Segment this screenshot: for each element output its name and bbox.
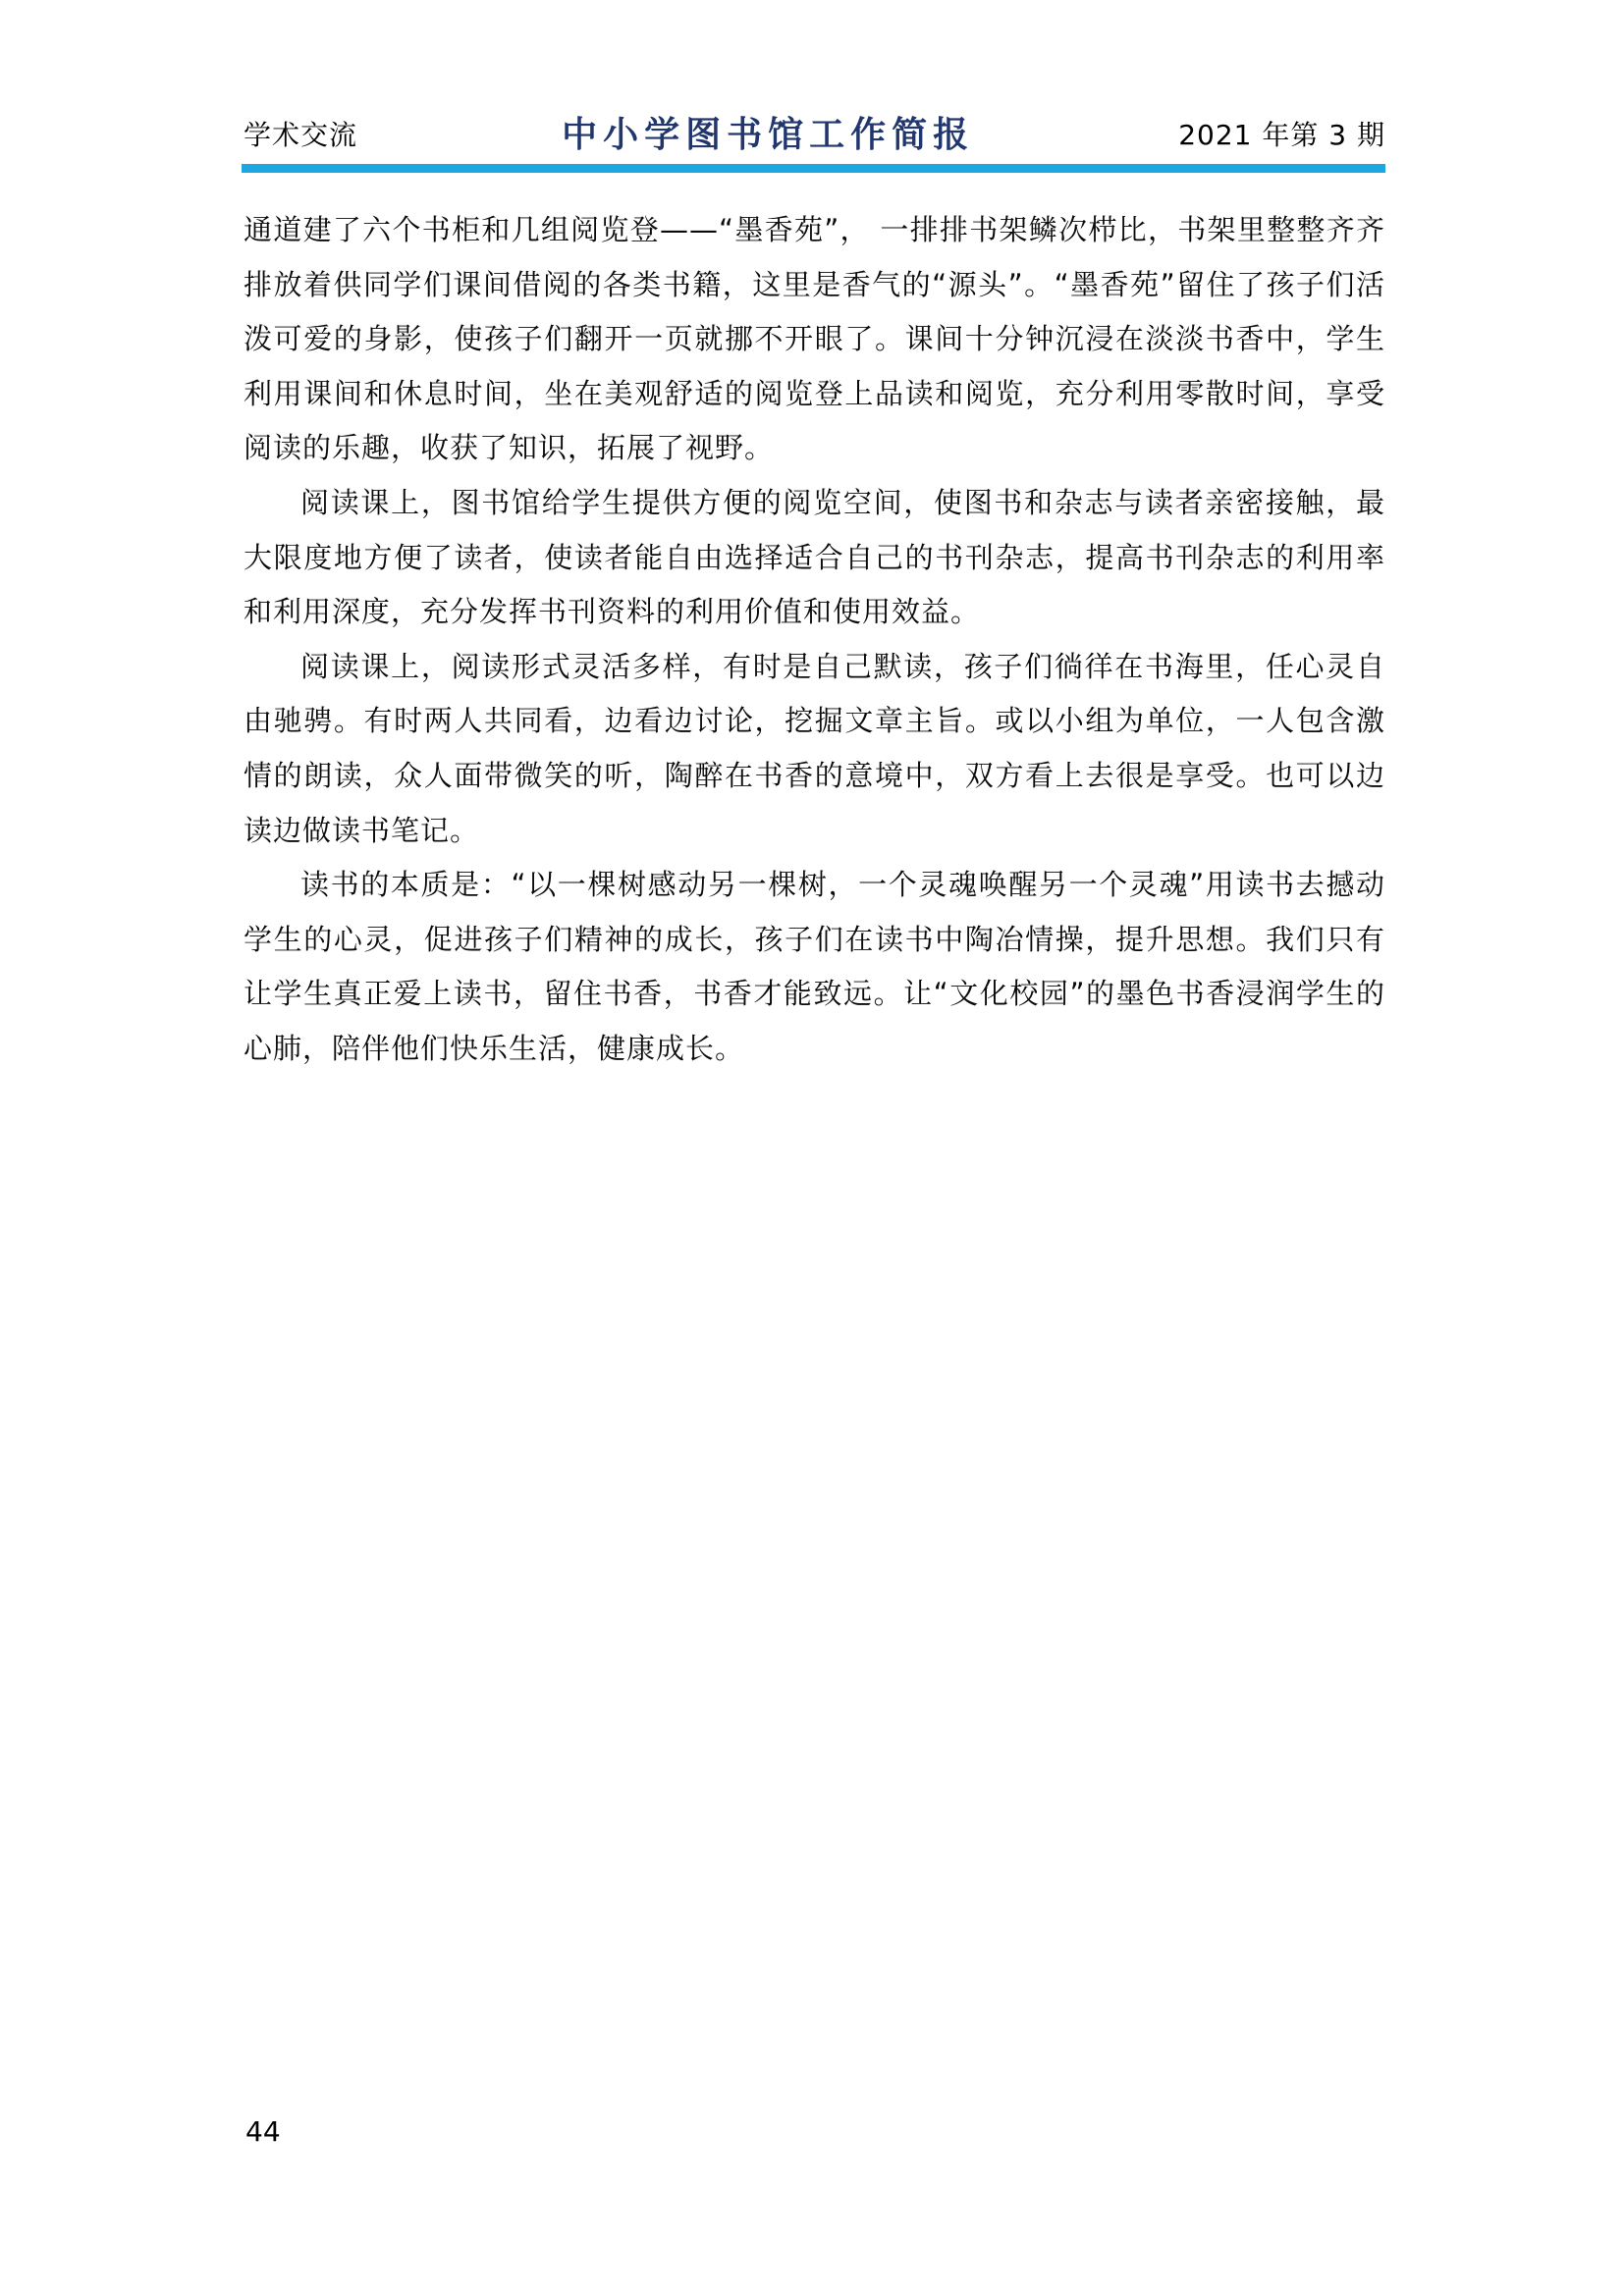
section-label: 学术交流	[244, 114, 357, 157]
page-number: 44	[245, 2115, 281, 2148]
body-paragraph: 读书的本质是：“以一棵树感动另一棵树，一个灵魂唤醒另一个灵魂”用读书去撼动学生的…	[244, 858, 1385, 1076]
article-body: 通道建了六个书柜和几组阅览登——“墨香苑”， 一排排书架鳞次栉比，书架里整整齐齐…	[244, 203, 1385, 1077]
header-rule	[242, 164, 1385, 173]
body-paragraph: 通道建了六个书柜和几组阅览登——“墨香苑”， 一排排书架鳞次栉比，书架里整整齐齐…	[244, 203, 1385, 476]
page-header: 学术交流 中小学图书馆工作简报 2021 年第 3 期	[244, 106, 1385, 157]
journal-title: 中小学图书馆工作简报	[562, 107, 974, 157]
issue-label: 2021 年第 3 期	[1178, 114, 1385, 157]
page: 学术交流 中小学图书馆工作简报 2021 年第 3 期 通道建了六个书柜和几组阅…	[0, 0, 1624, 2296]
body-paragraph: 阅读课上，图书馆给学生提供方便的阅览空间，使图书和杂志与读者亲密接触，最大限度地…	[244, 476, 1385, 640]
body-paragraph: 阅读课上，阅读形式灵活多样，有时是自己默读，孩子们徜徉在书海里，任心灵自由驰骋。…	[244, 640, 1385, 858]
